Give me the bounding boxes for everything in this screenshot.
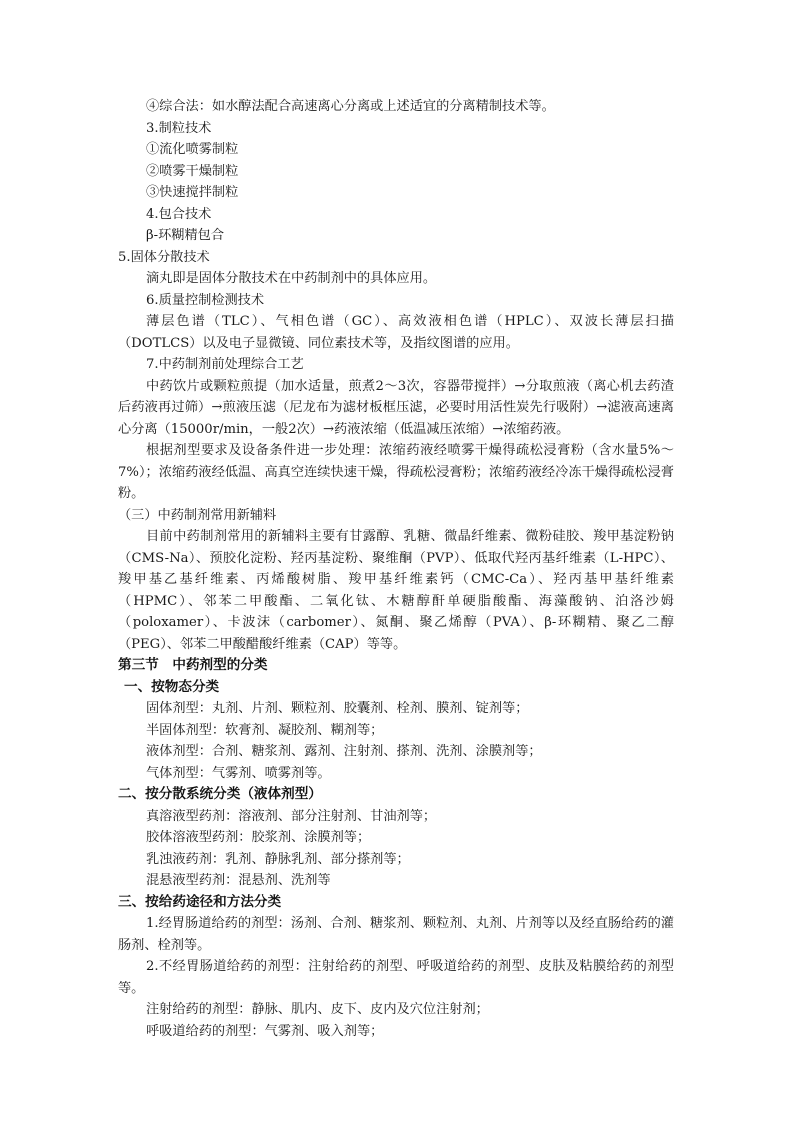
list-item: 固体剂型：丸剂、片剂、颗粒剂、胶囊剂、栓剂、膜剂、锭剂等； xyxy=(118,698,674,720)
paragraph: 2.不经胃肠道给药的剂型：注射给药的剂型、呼吸道给药的剂型、皮肤及粘膜给药的剂型… xyxy=(118,956,674,999)
paragraph: 目前中药制剂常用的新辅料主要有甘露醇、乳糖、微晶纤维素、微粉硅胶、羧甲基淀粉钠（… xyxy=(118,526,674,655)
list-item: 胶体溶液型药剂：胶浆剂、涂膜剂等； xyxy=(118,827,674,849)
paragraph: 1.经胃肠道给药的剂型：汤剂、合剂、糖浆剂、颗粒剂、丸剂、片剂等以及经直肠给药的… xyxy=(118,913,674,956)
subheading-solid-dispersion: 5.固体分散技术 xyxy=(118,247,674,269)
text-line: 滴丸即是固体分散技术在中药制剂中的具体应用。 xyxy=(118,268,674,290)
section-title: 第三节 中药剂型的分类 xyxy=(118,655,674,677)
subheading-pretreatment: 7.中药制剂前处理综合工艺 xyxy=(118,354,674,376)
list-item: 半固体剂型：软膏剂、凝胶剂、糊剂等； xyxy=(118,720,674,742)
subheading-quality-control: 6.质量控制检测技术 xyxy=(118,290,674,312)
list-item: 液体剂型：合剂、糖浆剂、露剂、注射剂、搽剂、洗剂、涂膜剂等； xyxy=(118,741,674,763)
paragraph: 根据剂型要求及设备条件进一步处理：浓缩药液经喷雾干燥得疏松浸膏粉（含水量5%～7… xyxy=(118,440,674,505)
subheading-inclusion: 4.包合技术 xyxy=(118,204,674,226)
subheading-granulation: 3.制粒技术 xyxy=(118,118,674,140)
list-item: 真溶液型药剂：溶液剂、部分注射剂、甘油剂等； xyxy=(118,806,674,828)
list-item: ②喷雾干燥制粒 xyxy=(118,161,674,183)
section-heading-route: 三、按给药途径和方法分类 xyxy=(118,892,674,914)
list-item: ①流化喷雾制粒 xyxy=(118,139,674,161)
text-line: ④综合法：如水醇法配合高速离心分离或上述适宜的分离精制技术等。 xyxy=(118,96,674,118)
list-item: 乳浊液药剂：乳剂、静脉乳剂、部分搽剂等； xyxy=(118,849,674,871)
list-item: ③快速搅拌制粒 xyxy=(118,182,674,204)
section-heading-physical-state: 一、按物态分类 xyxy=(118,677,674,699)
document-page: ④综合法：如水醇法配合高速离心分离或上述适宜的分离精制技术等。 3.制粒技术 ①… xyxy=(118,96,674,1042)
list-item: 气体剂型：气雾剂、喷雾剂等。 xyxy=(118,763,674,785)
subheading-excipients: （三）中药制剂常用新辅料 xyxy=(118,505,674,527)
paragraph: 中药饮片或颗粒煎提（加水适量，煎煮2～3次，容器带搅拌）→分取煎液（离心机去药渣… xyxy=(118,376,674,441)
paragraph: 薄层色谱（TLC）、气相色谱（GC）、高效液相色谱（HPLC）、双波长薄层扫描（… xyxy=(118,311,674,354)
list-item: β-环糊精包合 xyxy=(118,225,674,247)
list-item: 注射给药的剂型：静脉、肌内、皮下、皮内及穴位注射剂； xyxy=(118,999,674,1021)
list-item: 呼吸道给药的剂型：气雾剂、吸入剂等； xyxy=(118,1021,674,1043)
list-item: 混悬液型药剂：混悬剂、洗剂等 xyxy=(118,870,674,892)
section-heading-dispersion: 二、按分散系统分类（液体剂型） xyxy=(118,784,674,806)
